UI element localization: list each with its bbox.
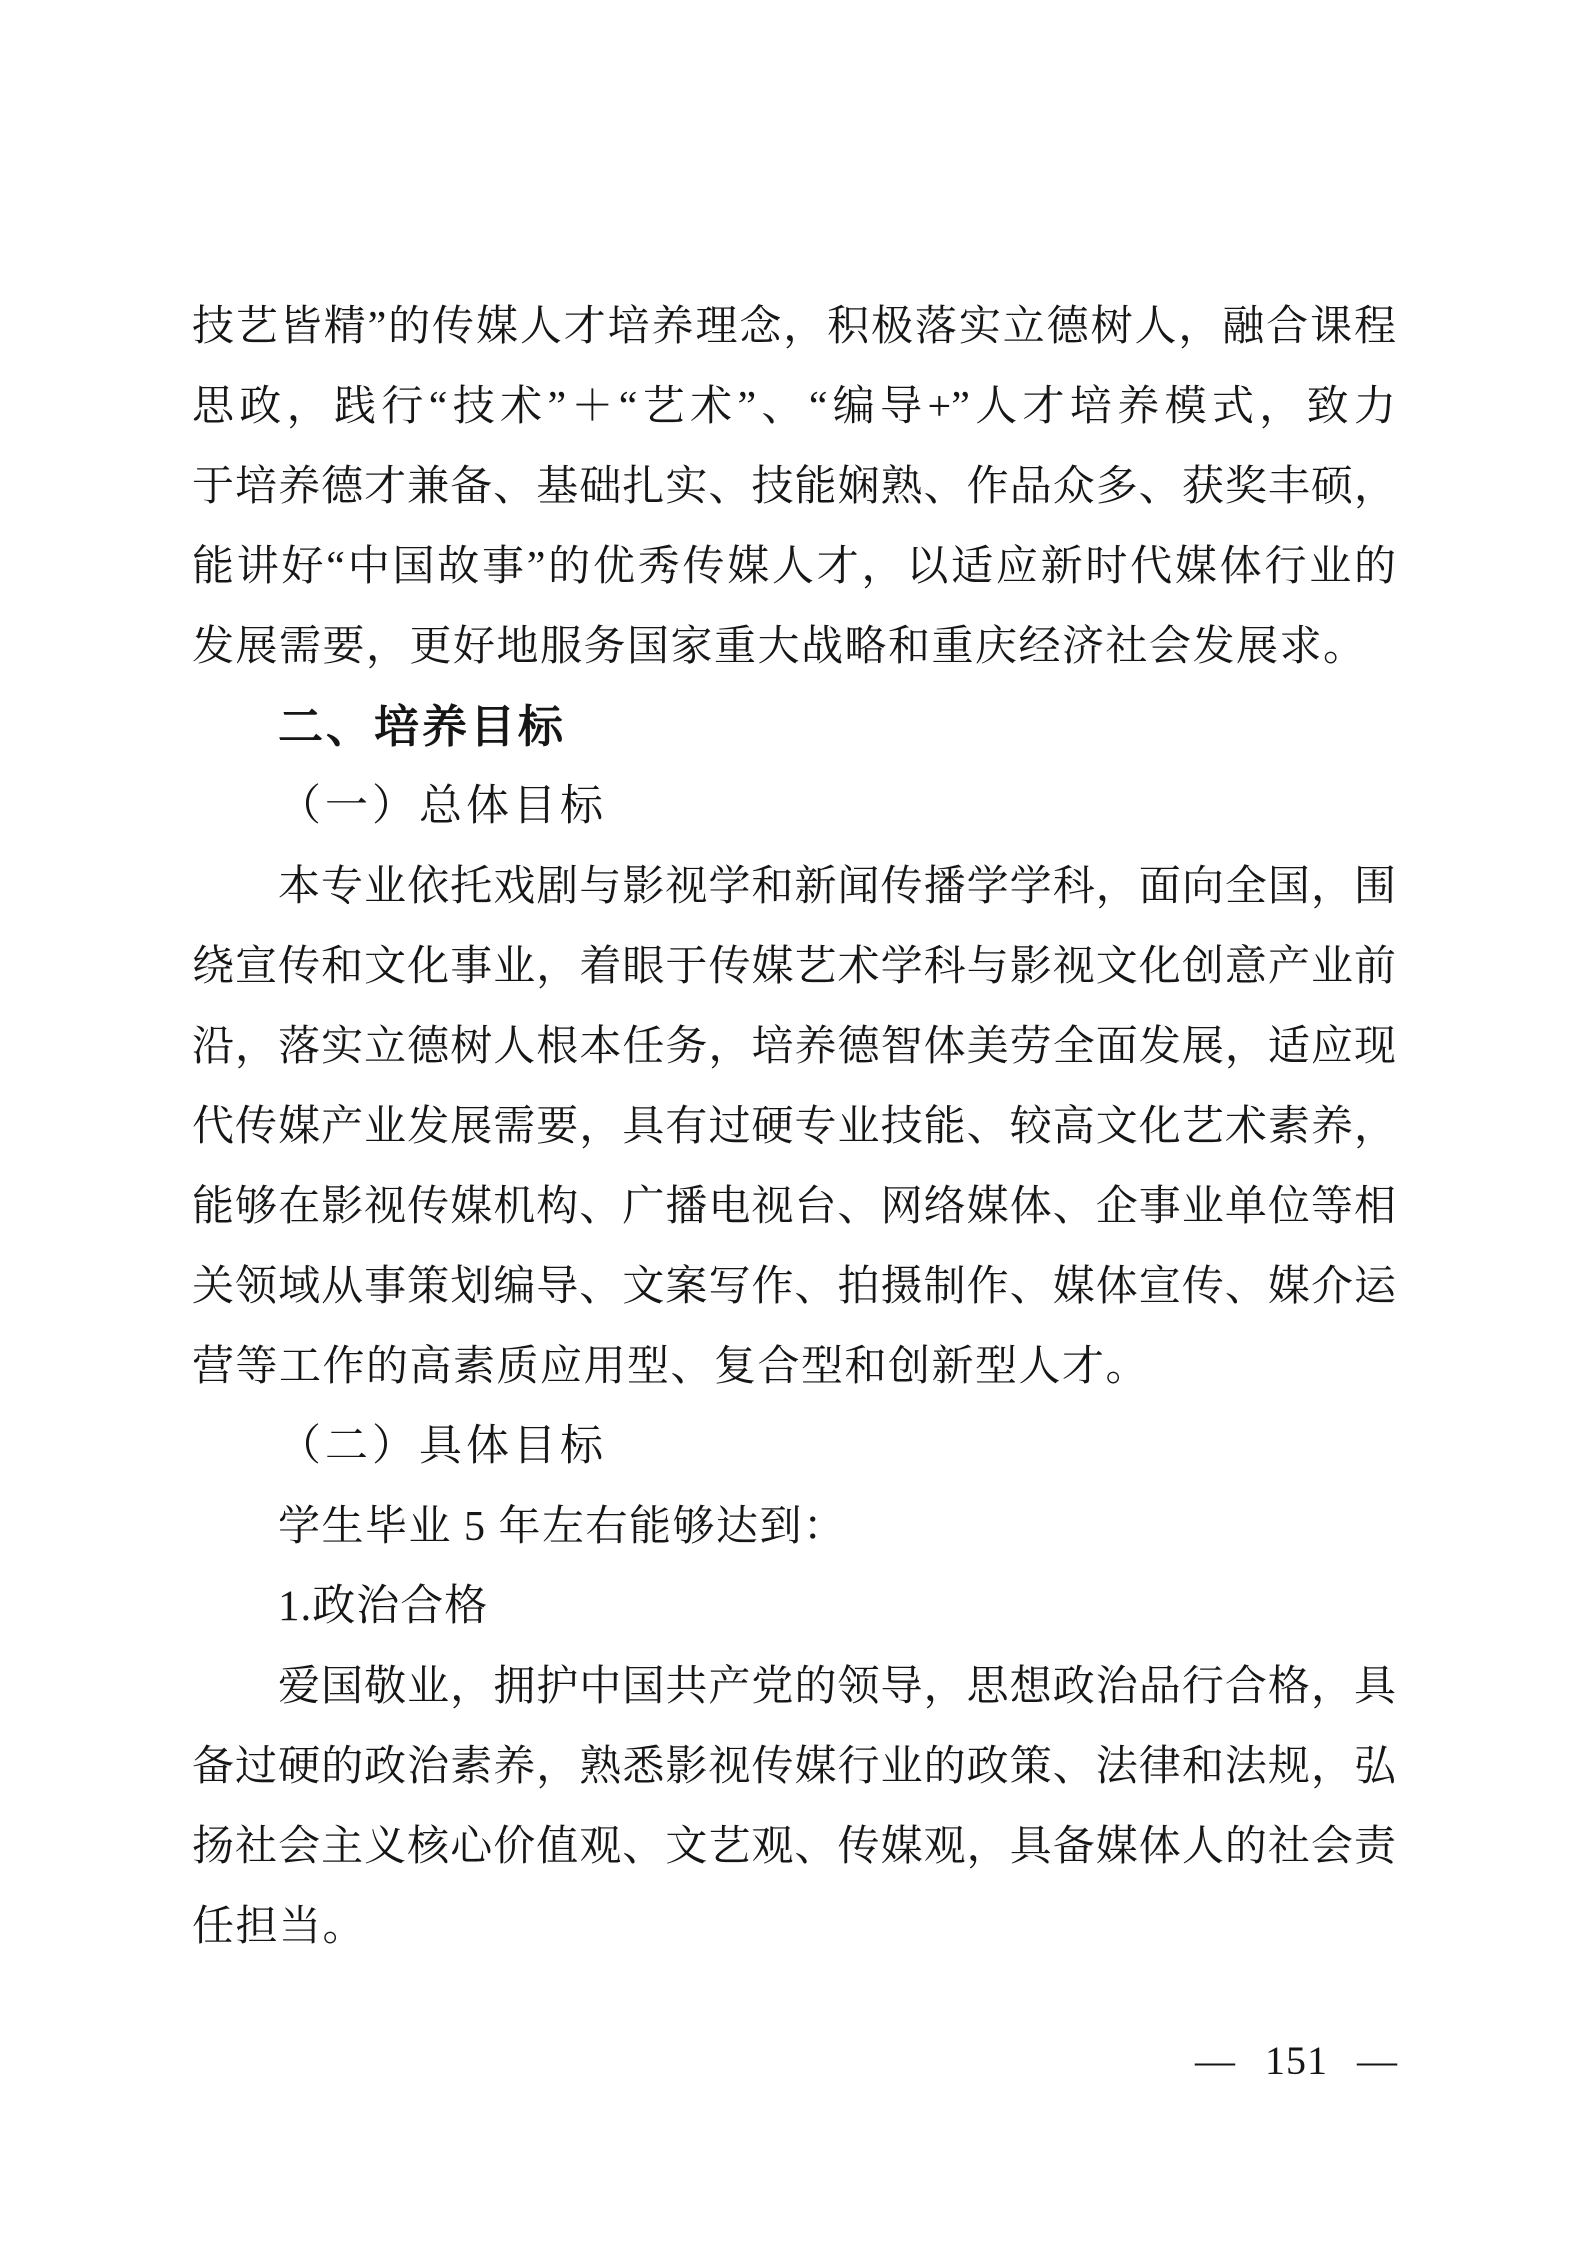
paragraph-line: 发展需要，更好地服务国家重大战略和重庆经济社会发展求。 <box>192 607 1396 687</box>
paragraph-line: 扬社会主义核心价值观、文艺观、传媒观，具备媒体人的社会责 <box>192 1807 1396 1887</box>
paragraph-line: 思政，践行“技术”＋“艺术”、“编导+”人才培养模式，致力 <box>192 367 1396 447</box>
paragraph-line: 备过硬的政治素养，熟悉影视传媒行业的政策、法律和法规，弘 <box>192 1727 1396 1807</box>
page-number: — 151 — <box>1195 2038 1398 2083</box>
subsection-heading: （二）具体目标 <box>192 1407 1396 1487</box>
document-page: 技艺皆精”的传媒人才培养理念，积极落实立德树人，融合课程 思政，践行“技术”＋“… <box>0 0 1587 2245</box>
intro-line: 学生毕业 5 年左右能够达到： <box>192 1487 1396 1567</box>
section-heading: 二、培养目标 <box>192 687 1396 767</box>
paragraph-line: 能够在影视传媒机构、广播电视台、网络媒体、企事业单位等相 <box>192 1167 1396 1247</box>
paragraph-line: 于培养德才兼备、基础扎实、技能娴熟、作品众多、获奖丰硕， <box>192 447 1396 527</box>
paragraph-line: 代传媒产业发展需要，具有过硬专业技能、较高文化艺术素养， <box>192 1087 1396 1167</box>
paragraph-line: 营等工作的高素质应用型、复合型和创新型人才。 <box>192 1327 1396 1407</box>
paragraph-line: 关领域从事策划编导、文案写作、拍摄制作、媒体宣传、媒介运 <box>192 1247 1396 1327</box>
list-item-heading: 1.政治合格 <box>192 1567 1396 1647</box>
paragraph-line: 沿，落实立德树人根本任务，培养德智体美劳全面发展，适应现 <box>192 1007 1396 1087</box>
paragraph-line: 本专业依托戏剧与影视学和新闻传播学学科，面向全国，围 <box>192 847 1396 927</box>
paragraph-line: 能讲好“中国故事”的优秀传媒人才，以适应新时代媒体行业的 <box>192 527 1396 607</box>
page-footer: — 151 — <box>1195 2038 1398 2084</box>
paragraph-line: 任担当。 <box>192 1887 1396 1967</box>
paragraph-line: 爱国敬业，拥护中国共产党的领导，思想政治品行合格，具 <box>192 1647 1396 1727</box>
text-block: 技艺皆精”的传媒人才培养理念，积极落实立德树人，融合课程 思政，践行“技术”＋“… <box>192 287 1396 1967</box>
paragraph-line: 技艺皆精”的传媒人才培养理念，积极落实立德树人，融合课程 <box>192 287 1396 367</box>
subsection-heading: （一）总体目标 <box>192 767 1396 847</box>
paragraph-line: 绕宣传和文化事业，着眼于传媒艺术学科与影视文化创意产业前 <box>192 927 1396 1007</box>
